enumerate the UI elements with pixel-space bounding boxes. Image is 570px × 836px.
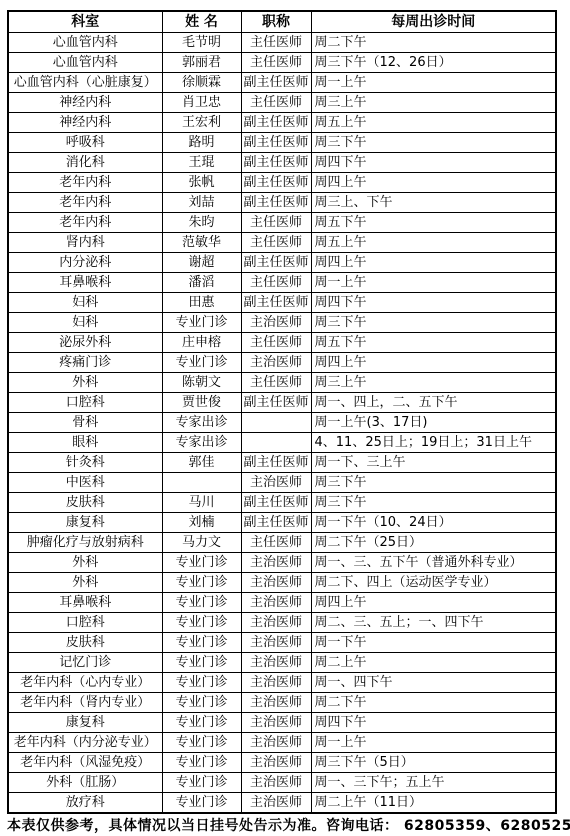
table-row: 心血管内科（心脏康复）徐顺霖副主任医师周一上午	[8, 73, 556, 93]
cell-department: 老年内科（心内专业）	[8, 673, 162, 693]
cell-schedule: 周二上午	[311, 653, 556, 673]
table-row: 耳鼻喉科专业门诊主治医师周四上午	[8, 593, 556, 613]
cell-department: 康复科	[8, 713, 162, 733]
cell-name: 专家出诊	[162, 413, 241, 433]
table-row: 外科（肛肠）专业门诊主治医师周一、三下午；五上午	[8, 773, 556, 793]
cell-schedule: 周二下午（25日）	[311, 533, 556, 553]
cell-title: 副主任医师	[241, 493, 311, 513]
cell-department: 针灸科	[8, 453, 162, 473]
table-row: 中医科主治医师周三下午	[8, 473, 556, 493]
cell-department: 外科	[8, 573, 162, 593]
cell-schedule: 周二下午	[311, 33, 556, 53]
cell-schedule: 周三下午	[311, 473, 556, 493]
table-row: 老年内科张帆副主任医师周四上午	[8, 173, 556, 193]
cell-schedule: 周三下午（12、26日）	[311, 53, 556, 73]
table-row: 肿瘤化疗与放射病科马力文主任医师周二下午（25日）	[8, 533, 556, 553]
header-cell-schedule: 每周出诊时间	[311, 11, 556, 33]
cell-name: 郭丽君	[162, 53, 241, 73]
cell-name: 张帆	[162, 173, 241, 193]
cell-title: 主治医师	[241, 653, 311, 673]
cell-schedule: 周二上午（11日）	[311, 793, 556, 814]
cell-schedule: 周五下午	[311, 213, 556, 233]
cell-department: 心血管内科	[8, 53, 162, 73]
cell-name: 专业门诊	[162, 733, 241, 753]
cell-schedule: 周三上午	[311, 93, 556, 113]
schedule-table: 科室 姓 名 职称 每周出诊时间 心血管内科毛节明主任医师周二下午心血管内科郭丽…	[7, 10, 557, 814]
cell-title: 主治医师	[241, 733, 311, 753]
cell-department: 外科（肛肠）	[8, 773, 162, 793]
cell-title: 副主任医师	[241, 73, 311, 93]
table-row: 老年内科（肾内专业）专业门诊主治医师周二下午	[8, 693, 556, 713]
cell-department: 放疗科	[8, 793, 162, 814]
cell-title: 主治医师	[241, 613, 311, 633]
cell-department: 妇科	[8, 293, 162, 313]
table-row: 心血管内科毛节明主任医师周二下午	[8, 33, 556, 53]
table-row: 老年内科（风湿免疫）专业门诊主治医师周三下午（5日）	[8, 753, 556, 773]
cell-title: 主任医师	[241, 53, 311, 73]
table-row: 肾内科范敏华主任医师周五上午	[8, 233, 556, 253]
cell-schedule: 周四下午	[311, 713, 556, 733]
cell-department: 消化科	[8, 153, 162, 173]
cell-department: 心血管内科	[8, 33, 162, 53]
cell-schedule: 周二下、四上（运动医学专业）	[311, 573, 556, 593]
cell-department: 神经内科	[8, 113, 162, 133]
cell-schedule: 周三上、下午	[311, 193, 556, 213]
cell-title: 主治医师	[241, 473, 311, 493]
cell-schedule: 周四下午	[311, 153, 556, 173]
cell-department: 外科	[8, 373, 162, 393]
cell-title: 主治医师	[241, 673, 311, 693]
cell-title: 主治医师	[241, 773, 311, 793]
table-row: 康复科刘楠副主任医师周一下午（10、24日）	[8, 513, 556, 533]
cell-title: 副主任医师	[241, 113, 311, 133]
cell-name: 潘滔	[162, 273, 241, 293]
cell-title: 主治医师	[241, 313, 311, 333]
cell-title: 主治医师	[241, 793, 311, 814]
table-row: 针灸科郭佳副主任医师周一下、三上午	[8, 453, 556, 473]
cell-name: 专业门诊	[162, 773, 241, 793]
cell-name: 专业门诊	[162, 693, 241, 713]
cell-name: 马力文	[162, 533, 241, 553]
cell-title: 主任医师	[241, 93, 311, 113]
page: 科室 姓 名 职称 每周出诊时间 心血管内科毛节明主任医师周二下午心血管内科郭丽…	[0, 0, 570, 836]
cell-name: 专业门诊	[162, 753, 241, 773]
cell-title: 主治医师	[241, 593, 311, 613]
cell-schedule: 周三下午	[311, 133, 556, 153]
cell-title: 主任医师	[241, 273, 311, 293]
table-row: 神经内科肖卫忠主任医师周三上午	[8, 93, 556, 113]
cell-title: 主治医师	[241, 353, 311, 373]
cell-title: 主治医师	[241, 713, 311, 733]
cell-name: 专业门诊	[162, 633, 241, 653]
cell-title: 副主任医师	[241, 153, 311, 173]
cell-title: 主治医师	[241, 693, 311, 713]
cell-schedule: 周三上午	[311, 373, 556, 393]
cell-department: 皮肤科	[8, 633, 162, 653]
cell-title	[241, 413, 311, 433]
table-row: 老年内科朱昀主任医师周五下午	[8, 213, 556, 233]
cell-department: 老年内科	[8, 173, 162, 193]
cell-name: 田惠	[162, 293, 241, 313]
cell-name: 专业门诊	[162, 353, 241, 373]
cell-department: 疼痛门诊	[8, 353, 162, 373]
table-row: 呼吸科路明副主任医师周三下午	[8, 133, 556, 153]
cell-title: 副主任医师	[241, 513, 311, 533]
cell-title: 副主任医师	[241, 193, 311, 213]
cell-schedule: 周四上午	[311, 253, 556, 273]
cell-schedule: 周一下午（10、24日）	[311, 513, 556, 533]
table-row: 老年内科（内分泌专业）专业门诊主治医师周一上午	[8, 733, 556, 753]
cell-title: 主治医师	[241, 633, 311, 653]
cell-title: 主任医师	[241, 33, 311, 53]
cell-schedule: 周一上午(3、17日)	[311, 413, 556, 433]
cell-schedule: 周一、三下午；五上午	[311, 773, 556, 793]
cell-schedule: 周四上午	[311, 593, 556, 613]
cell-name: 专业门诊	[162, 713, 241, 733]
table-row: 皮肤科专业门诊主治医师周一下午	[8, 633, 556, 653]
cell-name: 谢超	[162, 253, 241, 273]
table-row: 耳鼻喉科潘滔主任医师周一上午	[8, 273, 556, 293]
cell-department: 骨科	[8, 413, 162, 433]
cell-schedule: 周二下午	[311, 693, 556, 713]
cell-department: 耳鼻喉科	[8, 273, 162, 293]
cell-department: 外科	[8, 553, 162, 573]
cell-department: 记忆门诊	[8, 653, 162, 673]
table-row: 老年内科（心内专业）专业门诊主治医师周一、四下午	[8, 673, 556, 693]
cell-department: 老年内科	[8, 193, 162, 213]
table-row: 老年内科刘喆副主任医师周三上、下午	[8, 193, 556, 213]
schedule-table-body: 心血管内科毛节明主任医师周二下午心血管内科郭丽君主任医师周三下午（12、26日）…	[8, 33, 556, 814]
cell-schedule: 周四上午	[311, 173, 556, 193]
cell-department: 内分泌科	[8, 253, 162, 273]
table-row: 外科专业门诊主治医师周一、三、五下午（普通外科专业）	[8, 553, 556, 573]
cell-name: 刘喆	[162, 193, 241, 213]
cell-title: 主任医师	[241, 373, 311, 393]
cell-department: 呼吸科	[8, 133, 162, 153]
cell-department: 心血管内科（心脏康复）	[8, 73, 162, 93]
cell-name: 王琨	[162, 153, 241, 173]
table-row: 消化科王琨副主任医师周四下午	[8, 153, 556, 173]
cell-schedule: 周二、三、五上；一、四下午	[311, 613, 556, 633]
cell-name: 肖卫忠	[162, 93, 241, 113]
cell-schedule: 周四上午	[311, 353, 556, 373]
cell-name: 朱昀	[162, 213, 241, 233]
cell-schedule: 周五下午	[311, 333, 556, 353]
cell-name: 路明	[162, 133, 241, 153]
cell-name: 郭佳	[162, 453, 241, 473]
cell-name: 专业门诊	[162, 313, 241, 333]
cell-department: 中医科	[8, 473, 162, 493]
cell-name: 王宏利	[162, 113, 241, 133]
cell-name: 范敏华	[162, 233, 241, 253]
cell-name: 专业门诊	[162, 573, 241, 593]
cell-department: 耳鼻喉科	[8, 593, 162, 613]
cell-name: 专家出诊	[162, 433, 241, 453]
table-row: 妇科田惠副主任医师周四下午	[8, 293, 556, 313]
cell-title: 主治医师	[241, 753, 311, 773]
cell-name: 专业门诊	[162, 553, 241, 573]
cell-schedule: 周三下午	[311, 493, 556, 513]
cell-schedule: 周一上午	[311, 273, 556, 293]
table-row: 神经内科王宏利副主任医师周五上午	[8, 113, 556, 133]
table-header-row: 科室 姓 名 职称 每周出诊时间	[8, 11, 556, 33]
cell-schedule: 4、11、25日上；19日上；31日上午	[311, 433, 556, 453]
cell-name: 马川	[162, 493, 241, 513]
cell-schedule: 周一下、三上午	[311, 453, 556, 473]
cell-schedule: 周一下午	[311, 633, 556, 653]
cell-schedule: 周一上午	[311, 733, 556, 753]
table-row: 康复科专业门诊主治医师周四下午	[8, 713, 556, 733]
table-row: 心血管内科郭丽君主任医师周三下午（12、26日）	[8, 53, 556, 73]
table-row: 内分泌科谢超副主任医师周四上午	[8, 253, 556, 273]
cell-schedule: 周一、四下午	[311, 673, 556, 693]
header-cell-name: 姓 名	[162, 11, 241, 33]
cell-department: 皮肤科	[8, 493, 162, 513]
table-row: 口腔科贾世俊副主任医师周一、四上，二、五下午	[8, 393, 556, 413]
cell-department: 肿瘤化疗与放射病科	[8, 533, 162, 553]
cell-department: 口腔科	[8, 393, 162, 413]
table-row: 外科陈朝文主任医师周三上午	[8, 373, 556, 393]
cell-name: 专业门诊	[162, 653, 241, 673]
cell-title: 副主任医师	[241, 293, 311, 313]
cell-schedule: 周一、三、五下午（普通外科专业）	[311, 553, 556, 573]
cell-title: 副主任医师	[241, 453, 311, 473]
cell-department: 神经内科	[8, 93, 162, 113]
cell-name: 专业门诊	[162, 593, 241, 613]
cell-schedule: 周五上午	[311, 113, 556, 133]
cell-name: 庄申榕	[162, 333, 241, 353]
cell-schedule: 周三下午	[311, 313, 556, 333]
cell-department: 眼科	[8, 433, 162, 453]
cell-department: 老年内科（内分泌专业）	[8, 733, 162, 753]
cell-schedule: 周三下午（5日）	[311, 753, 556, 773]
cell-name: 专业门诊	[162, 613, 241, 633]
table-row: 妇科专业门诊主治医师周三下午	[8, 313, 556, 333]
cell-title: 副主任医师	[241, 393, 311, 413]
cell-title: 主任医师	[241, 533, 311, 553]
cell-schedule: 周四下午	[311, 293, 556, 313]
table-row: 疼痛门诊专业门诊主治医师周四上午	[8, 353, 556, 373]
cell-title: 主任医师	[241, 213, 311, 233]
cell-title: 主治医师	[241, 553, 311, 573]
footer-note: 本表仅供参考，具体情况以当日挂号处告示为准。咨询电话： 62805359、628…	[7, 815, 567, 835]
cell-name: 陈朝文	[162, 373, 241, 393]
cell-department: 口腔科	[8, 613, 162, 633]
cell-department: 老年内科（风湿免疫）	[8, 753, 162, 773]
table-row: 皮肤科马川副主任医师周三下午	[8, 493, 556, 513]
cell-schedule: 周一、四上，二、五下午	[311, 393, 556, 413]
table-row: 眼科专家出诊4、11、25日上；19日上；31日上午	[8, 433, 556, 453]
header-cell-title: 职称	[241, 11, 311, 33]
cell-department: 妇科	[8, 313, 162, 333]
cell-schedule: 周五上午	[311, 233, 556, 253]
table-row: 泌尿外科庄申榕主任医师周五下午	[8, 333, 556, 353]
cell-name	[162, 473, 241, 493]
table-row: 骨科专家出诊周一上午(3、17日)	[8, 413, 556, 433]
cell-name: 专业门诊	[162, 793, 241, 814]
cell-name: 专业门诊	[162, 673, 241, 693]
cell-name: 毛节明	[162, 33, 241, 53]
cell-title: 主治医师	[241, 573, 311, 593]
cell-department: 泌尿外科	[8, 333, 162, 353]
cell-title	[241, 433, 311, 453]
table-row: 记忆门诊专业门诊主治医师周二上午	[8, 653, 556, 673]
cell-department: 老年内科	[8, 213, 162, 233]
cell-department: 康复科	[8, 513, 162, 533]
cell-schedule: 周一上午	[311, 73, 556, 93]
cell-title: 副主任医师	[241, 253, 311, 273]
cell-name: 刘楠	[162, 513, 241, 533]
cell-title: 副主任医师	[241, 133, 311, 153]
cell-name: 贾世俊	[162, 393, 241, 413]
table-row: 放疗科专业门诊主治医师周二上午（11日）	[8, 793, 556, 814]
cell-name: 徐顺霖	[162, 73, 241, 93]
header-cell-department: 科室	[8, 11, 162, 33]
table-row: 口腔科专业门诊主治医师周二、三、五上；一、四下午	[8, 613, 556, 633]
cell-department: 老年内科（肾内专业）	[8, 693, 162, 713]
cell-title: 副主任医师	[241, 173, 311, 193]
cell-department: 肾内科	[8, 233, 162, 253]
cell-title: 主任医师	[241, 233, 311, 253]
cell-title: 主任医师	[241, 333, 311, 353]
table-row: 外科专业门诊主治医师周二下、四上（运动医学专业）	[8, 573, 556, 593]
